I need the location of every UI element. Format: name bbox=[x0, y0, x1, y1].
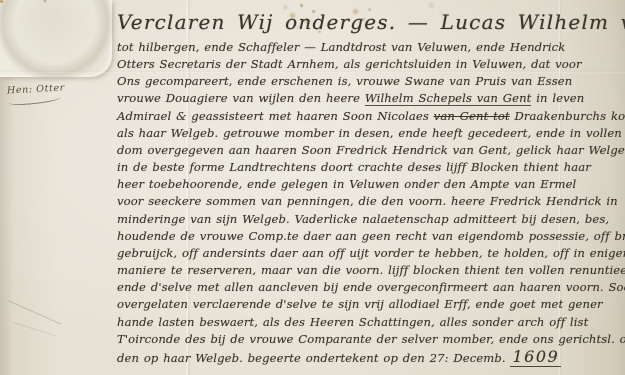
manuscript-line: ende d'selve met allen aancleven bij end… bbox=[117, 279, 621, 296]
text-segment: voor seeckere sommen van penningen, die … bbox=[117, 194, 618, 208]
text-segment-underline: Wilhelm Schepels van Gent bbox=[365, 91, 532, 106]
text-segment: heer toebehoorende, ende gelegen in Velu… bbox=[117, 177, 576, 191]
manuscript-line: Otters Secretaris der Stadt Arnhem, als … bbox=[117, 56, 621, 73]
text-segment: den op haar Welgeb. begeerte ondertekent… bbox=[117, 351, 510, 365]
text-segment: vrouwe Douagiere van wijlen den heere bbox=[117, 91, 365, 105]
text-segment-strike: van Gent tot bbox=[434, 109, 510, 123]
text-segment: gebruijck, off andersints daer aan off u… bbox=[117, 246, 625, 260]
text-segment: als haar Welgeb. getrouwe momber in dese… bbox=[117, 126, 625, 140]
embossed-seal bbox=[0, 0, 124, 90]
text-segment: Verclaren Wij onderges. — Lucas Wilhelm … bbox=[117, 10, 625, 34]
manuscript-line: Admirael & geassisteert met haaren Soon … bbox=[117, 108, 621, 125]
manuscript-page: Hen: Otter Verclaren Wij onderges. — Luc… bbox=[0, 0, 625, 375]
text-segment: Draakenburchs komt bbox=[510, 109, 625, 123]
text-segment: hande lasten beswaert, als des Heeren Sc… bbox=[117, 315, 588, 329]
manuscript-line: den op haar Welgeb. begeerte ondertekent… bbox=[117, 348, 621, 367]
paper-scratch bbox=[8, 300, 61, 325]
manuscript-line: maniere te reserveren, maar van die voor… bbox=[117, 262, 621, 279]
text-segment: Ons gecompareert, ende erschenen is, vro… bbox=[117, 74, 572, 88]
text-segment: in de beste forme Landtrechtens doort cr… bbox=[117, 160, 591, 174]
manuscript-line: tot hilbergen, ende Schaffeler — Landtdr… bbox=[117, 39, 621, 56]
manuscript-line: T'oirconde des bij de vrouwe Comparante … bbox=[117, 331, 621, 348]
text-segment: tot hilbergen, ende Schaffeler — Landtdr… bbox=[117, 40, 565, 54]
text-segment: ende d'selve met allen aancleven bij end… bbox=[117, 280, 625, 294]
text-segment: maniere te reserveren, maar van die voor… bbox=[117, 263, 625, 277]
manuscript-line: als haar Welgeb. getrouwe momber in dese… bbox=[117, 125, 621, 142]
manuscript-line: voor seeckere sommen van penningen, die … bbox=[117, 193, 621, 210]
text-segment: minderinge van sijn Welgeb. Vaderlicke n… bbox=[117, 212, 609, 226]
text-segment: in leven bbox=[531, 91, 584, 105]
paper-scratch bbox=[14, 322, 56, 337]
manuscript-line: Verclaren Wij onderges. — Lucas Wilhelm … bbox=[117, 7, 621, 37]
text-segment: overgelaten verclaerende d'selve te sijn… bbox=[117, 297, 603, 311]
manuscript-line: Ons gecompareert, ende erschenen is, vro… bbox=[117, 73, 621, 90]
manuscript-line: in de beste forme Landtrechtens doort cr… bbox=[117, 159, 621, 176]
manuscript-line: houdende de vrouwe Comp.te daer aan geen… bbox=[117, 228, 621, 245]
manuscript-line: overgelaten verclaerende d'selve te sijn… bbox=[117, 296, 621, 313]
text-segment: Otters Secretaris der Stadt Arnhem, als … bbox=[117, 57, 582, 71]
text-segment: dom overgegeven aan haaren Soon Fredrick… bbox=[117, 143, 625, 157]
rust-stains bbox=[0, 0, 3, 3]
manuscript-line: gebruijck, off andersints daer aan off u… bbox=[117, 245, 621, 262]
manuscript-line: vrouwe Douagiere van wijlen den heere Wi… bbox=[117, 90, 621, 107]
text-segment: T'oirconde des bij de vrouwe Comparante … bbox=[117, 332, 625, 346]
text-segment: houdende de vrouwe Comp.te daer aan geen… bbox=[117, 229, 625, 243]
text-segment: Admirael & geassisteert met haaren Soon … bbox=[117, 109, 434, 123]
manuscript-text: Verclaren Wij onderges. — Lucas Wilhelm … bbox=[117, 7, 621, 367]
manuscript-line: minderinge van sijn Welgeb. Vaderlicke n… bbox=[117, 211, 621, 228]
text-segment-date: 1609 bbox=[510, 347, 561, 367]
manuscript-line: hande lasten beswaert, als des Heeren Sc… bbox=[117, 314, 621, 331]
manuscript-line: dom overgegeven aan haaren Soon Fredrick… bbox=[117, 142, 621, 159]
manuscript-line: heer toebehoorende, ende gelegen in Velu… bbox=[117, 176, 621, 193]
